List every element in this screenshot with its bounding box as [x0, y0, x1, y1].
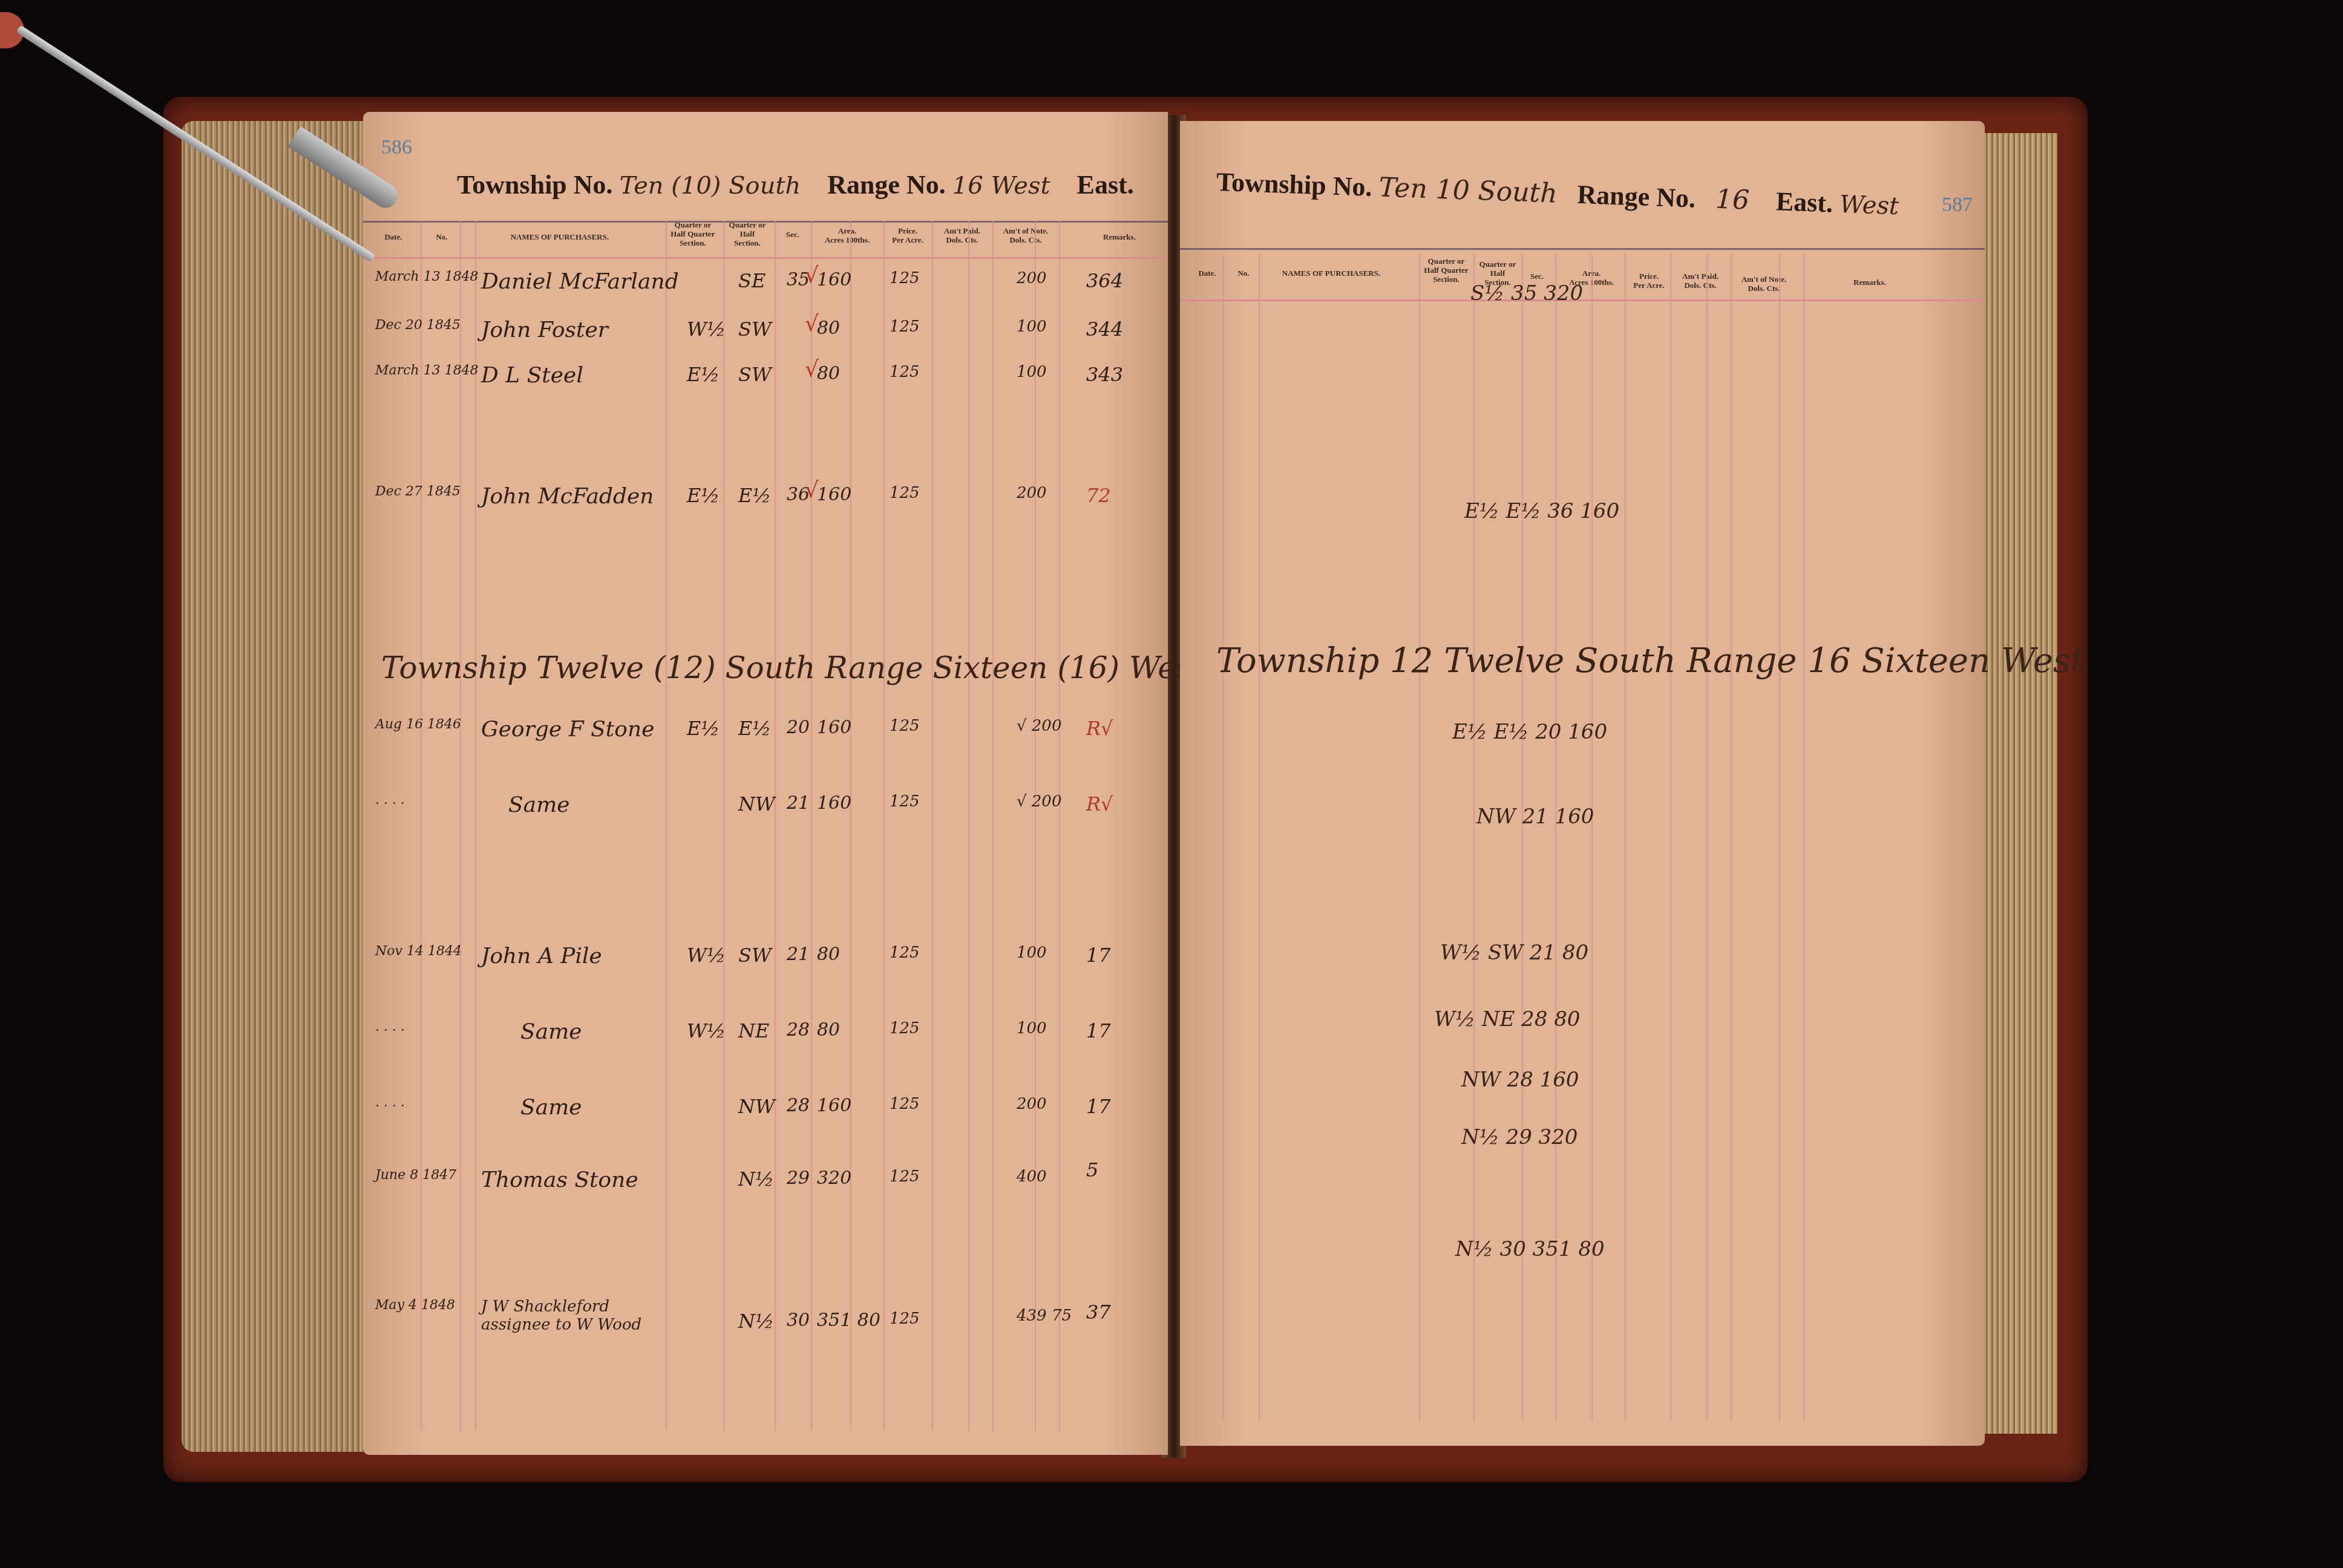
west-handwritten: West — [1839, 191, 1899, 220]
page-number: 587 — [1942, 194, 1973, 217]
col-price: Price. Per Acre. — [1628, 272, 1670, 290]
col-date: Date. — [375, 233, 411, 242]
east-label: East. — [1077, 170, 1134, 200]
ledger-row: March 13 1848 D L Steel E½ SW √ 80 125 1… — [363, 363, 1168, 399]
ledger-entry: NW 28 160 — [1461, 1068, 1579, 1092]
ledger-row: . . . . Same NW 28 160 125 200 17 — [363, 1095, 1168, 1131]
range-label: Range No. — [827, 170, 946, 200]
ledger-entry: W½ NE 28 80 — [1434, 1007, 1580, 1031]
col-date: Date. — [1192, 269, 1222, 278]
ledger-entry: W½ SW 21 80 — [1440, 941, 1588, 965]
col-amt-paid: Am't Paid. Dols. Cts. — [935, 227, 989, 245]
col-sec: Sec. — [781, 230, 805, 240]
range-value: 16 West — [952, 172, 1050, 200]
ledger-row: March 13 1848 Daniel McFarland SE 35 √ 1… — [363, 269, 1168, 305]
ledger-row: Aug 16 1846 George F Stone E½ E½ 20 160 … — [363, 717, 1168, 753]
ledger-entry: N½ 29 320 — [1461, 1125, 1578, 1149]
ledger-row: May 4 1848 J W Shackleford assignee to W… — [363, 1298, 1168, 1334]
col-no: No. — [430, 233, 454, 242]
col-area: Area. Acres 100ths. — [814, 227, 880, 245]
col-qq: Quarter or Half Quarter Section. — [1422, 257, 1470, 284]
ledger-entry: NW 21 160 — [1476, 805, 1594, 829]
township-value: Ten 10 South — [1378, 172, 1558, 209]
col-q: Quarter or Half Section. — [726, 221, 768, 248]
col-qq: Quarter or Half Quarter Section. — [669, 221, 717, 248]
page-edges-left — [182, 121, 363, 1452]
col-amt-paid: Am't Paid. Dols. Cts. — [1673, 272, 1728, 290]
col-names: NAMES OF PURCHASERS. — [1265, 269, 1398, 278]
col-price: Price. Per Acre. — [886, 227, 929, 245]
col-remarks: Remarks. — [1089, 233, 1150, 242]
ledger-entry: N½ 30 351 80 — [1455, 1237, 1605, 1261]
ledger-row: Dec 27 1845 John McFadden E½ E½ 36 √ 160… — [363, 484, 1168, 520]
section-heading: Township 12 Twelve South Range 16 Sixtee… — [1216, 641, 2084, 681]
right-page: 587 Township No. Ten 10 South Range No. … — [1180, 121, 1985, 1446]
col-remarks: Remarks. — [1833, 278, 1906, 287]
township-label: Township No. — [457, 170, 613, 200]
column-header-rule — [363, 257, 1168, 259]
ledger-row: . . . . Same W½ NE 28 80 125 100 17 — [363, 1019, 1168, 1056]
township-label: Township No. — [1216, 167, 1372, 202]
section-heading: Township Twelve (12) South Range Sixteen… — [381, 650, 1204, 685]
ledger-entry: E½ E½ 20 160 — [1452, 720, 1607, 744]
col-names: NAMES OF PURCHASERS. — [478, 233, 641, 242]
ledger-entry: E½ E½ 36 160 — [1464, 499, 1619, 523]
township-value: Ten (10) South — [620, 172, 801, 200]
range-label: Range No. — [1577, 180, 1696, 214]
left-page: 586 Township No. Ten (10) South Range No… — [363, 112, 1168, 1455]
page-header: Township No. Ten 10 South Range No. 16 E… — [1216, 166, 1899, 221]
col-amt-note: Am't of Note. Dols. Cts. — [1734, 275, 1794, 293]
col-amt-note: Am't of Note. Dols. Cts. — [995, 227, 1056, 245]
header-rule — [1180, 248, 1985, 250]
ledger-row: Nov 14 1844 John A Pile W½ SW 21 80 125 … — [363, 944, 1168, 980]
page-header: Township No. Ten (10) South Range No. 16… — [457, 169, 1134, 200]
page-number: 586 — [381, 136, 412, 159]
range-value: 16 — [1715, 184, 1750, 216]
col-sec: Sec. — [1525, 272, 1549, 281]
ledger-row: June 8 1847 Thomas Stone N½ 29 320 125 4… — [363, 1168, 1168, 1204]
east-label: East. — [1775, 186, 1833, 218]
page-edges-right — [1979, 133, 2057, 1434]
col-no: No. — [1231, 269, 1256, 278]
ledger-entry: S½ 35 320 — [1470, 281, 1583, 305]
ledger-row: . . . . Same NW 21 160 125 √ 200 R√ — [363, 792, 1168, 829]
ledger-row: Dec 20 1845 John Foster W½ SW √ 80 125 1… — [363, 318, 1168, 354]
